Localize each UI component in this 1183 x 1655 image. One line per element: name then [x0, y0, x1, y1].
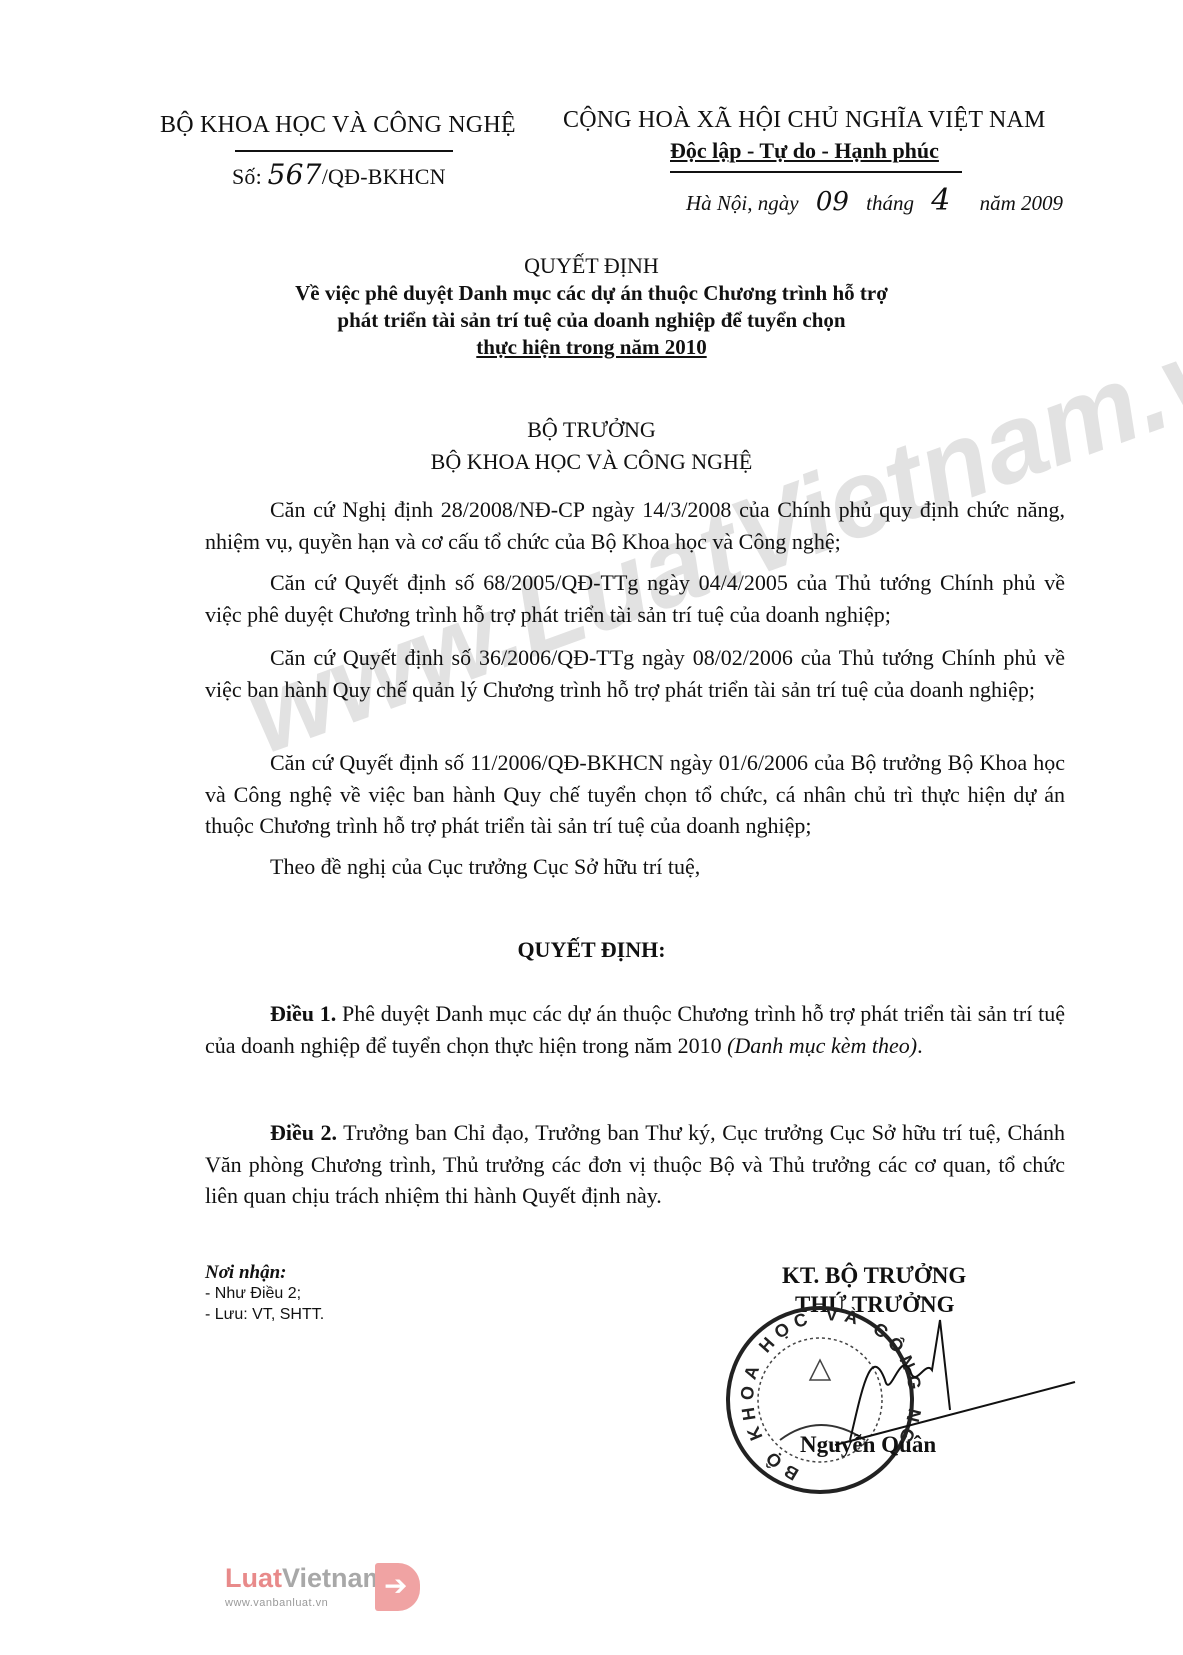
signature-title-1: KT. BỘ TRƯỞNG [782, 1263, 966, 1289]
preamble-2: Căn cứ Quyết định số 68/2005/QĐ-TTg ngày… [205, 567, 1065, 630]
handwritten-month: 4 [931, 183, 950, 218]
authority-ministry: BỘ KHOA HỌC VÀ CÔNG NGHỆ [0, 449, 1183, 475]
subject-line-2: phát triển tài sản trí tuệ của doanh ngh… [0, 308, 1183, 333]
authority-title: BỘ TRƯỞNG [0, 417, 1183, 443]
subject-line-3: thực hiện trong năm 2010 [0, 335, 1183, 360]
handwritten-number: 567 [268, 158, 322, 191]
article-1: Điều 1. Phê duyệt Danh mục các dự án thu… [205, 998, 1065, 1061]
logo-url: www.vanbanluat.vn [225, 1597, 328, 1609]
motto-underline [670, 171, 962, 173]
decision-heading: QUYẾT ĐỊNH: [0, 937, 1183, 963]
preamble-1: Căn cứ Nghị định 28/2008/NĐ-CP ngày 14/3… [205, 494, 1065, 557]
signer-name: Nguyễn Quân [800, 1432, 936, 1458]
article-2: Điều 2. Trưởng ban Chỉ đạo, Trưởng ban T… [205, 1117, 1065, 1212]
recipient-item: - Lưu: VT, SHTT. [205, 1304, 324, 1325]
preamble-5: Theo đề nghị của Cục trưởng Cục Sở hữu t… [205, 851, 1065, 883]
document-type: QUYẾT ĐỊNH [0, 253, 1183, 279]
luatvietnam-logo[interactable]: LuatVietnam www.vanbanluat.vn [225, 1563, 435, 1623]
place-date: Hà Nội, ngày 09 tháng 4 năm 2009 [686, 183, 1063, 218]
recipient-item: - Như Điều 2; [205, 1283, 324, 1304]
document-number: Số: 567/QĐ-BKHCN [232, 158, 446, 191]
arrow-right-icon [375, 1563, 420, 1611]
country-name: CỘNG HOÀ XÃ HỘI CHỦ NGHĨA VIỆT NAM [563, 107, 1046, 134]
recipients: Nơi nhận: - Như Điều 2; - Lưu: VT, SHTT. [205, 1262, 324, 1325]
handwritten-day: 09 [816, 187, 849, 217]
preamble-4: Căn cứ Quyết định số 11/2006/QĐ-BKHCN ng… [205, 747, 1065, 842]
agency-underline [235, 150, 453, 152]
national-motto: Độc lập - Tự do - Hạnh phúc [670, 138, 939, 164]
subject-line-1: Về việc phê duyệt Danh mục các dự án thu… [0, 281, 1183, 306]
issuing-agency: BỘ KHOA HỌC VÀ CÔNG NGHỆ [160, 112, 516, 139]
official-seal-and-signature: BỘ KHOA HỌC VÀ CÔNG NGHỆ [700, 1300, 1080, 1500]
recipients-heading: Nơi nhận: [205, 1262, 324, 1283]
preamble-3: Căn cứ Quyết định số 36/2006/QĐ-TTg ngày… [205, 642, 1065, 705]
